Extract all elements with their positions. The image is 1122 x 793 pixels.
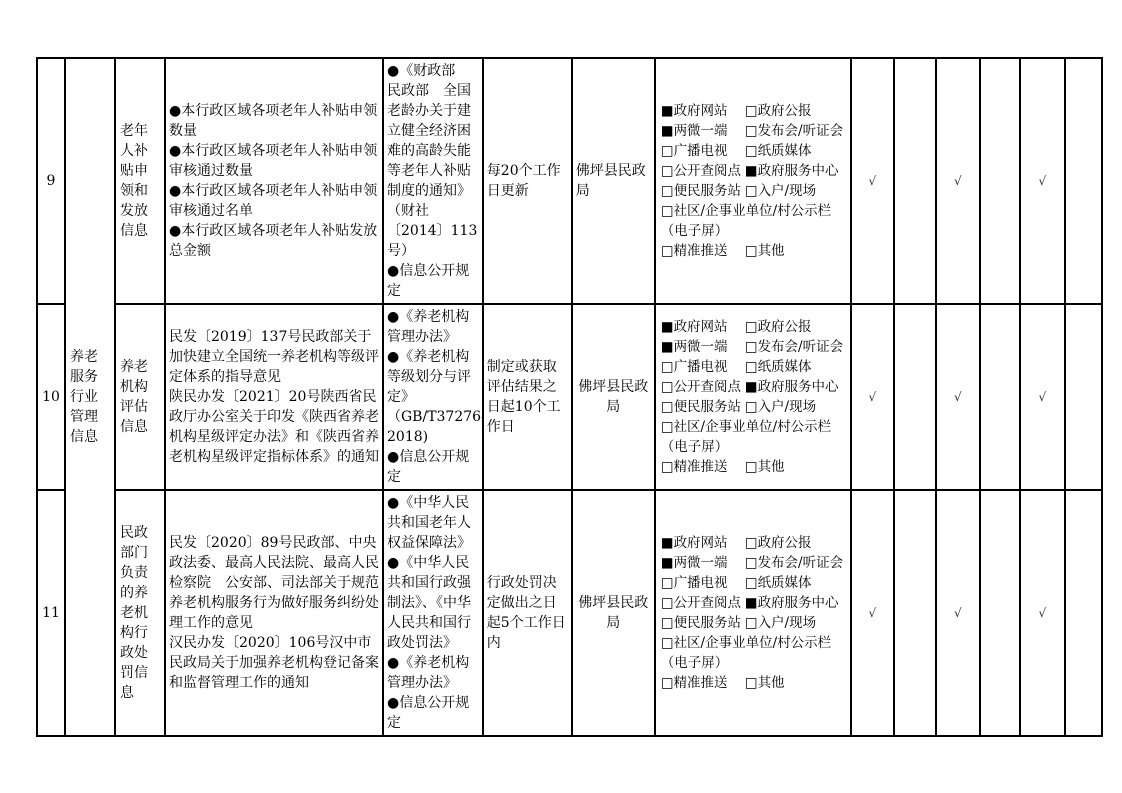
channel-option: ■政府网站 (661, 317, 745, 337)
checkbox-unchecked-icon: □ (745, 183, 758, 199)
content-cell: 民发〔2020〕89号民政部、中央政法委、最高人民法院、最高人民检察院 公安部、… (165, 490, 383, 736)
checkbox-unchecked-icon: □ (745, 243, 758, 259)
frequency-cell: 制定或获取评估结果之日起10个工作日 (483, 304, 572, 490)
channel-line: □广播电视□纸质媒体 (661, 141, 845, 161)
channel-label: 政府网站 (674, 103, 728, 119)
document-page: 9养老服务行业管理信息老年人补贴申领和发放信息●本行政区域各项老年人补贴申领数量… (0, 0, 1122, 793)
channel-label: 便民服务站 (674, 399, 742, 415)
channel-label: 政府网站 (674, 319, 728, 335)
checkbox-checked-icon: ■ (661, 319, 674, 335)
channel-option: □精准推送 (661, 673, 745, 693)
channel-label: 政府服务中心 (758, 379, 839, 395)
channel-line: □便民服务站□入户/现场 (661, 181, 845, 201)
channel-label: 便民服务站 (674, 183, 742, 199)
channel-line: □精准推送□其他 (661, 457, 845, 477)
channel-option: □纸质媒体 (745, 357, 812, 377)
category-cell: 养老服务行业管理信息 (65, 58, 115, 736)
channel-label: 纸质媒体 (758, 575, 812, 591)
check-mark: √ (1038, 174, 1046, 188)
check-mark: √ (954, 390, 962, 404)
channel-label: 其他 (758, 675, 785, 691)
content-cell: ●本行政区域各项老年人补贴申领数量 ●本行政区域各项老年人补贴申领审核通过数量 … (165, 58, 383, 304)
channel-option: □社区/企事业单位/村公示栏（电子屏） (661, 201, 845, 241)
channel-label: 发布会/听证会 (758, 339, 844, 355)
info-name-cell: 养老机构评估信息 (115, 304, 165, 490)
channel-option: □公开查阅点 (661, 377, 745, 397)
channel-label: 精准推送 (674, 243, 728, 259)
channel-label: 发布会/听证会 (758, 123, 844, 139)
check-mark: √ (868, 390, 876, 404)
checkbox-unchecked-icon: □ (661, 143, 674, 159)
channel-label: 入户/现场 (758, 615, 817, 631)
row-number-cell: 10 (37, 304, 65, 490)
checkbox-checked-icon: ■ (661, 339, 674, 355)
channel-option: □精准推送 (661, 457, 745, 477)
channel-label: 广播电视 (674, 575, 728, 591)
row-number-cell: 11 (37, 490, 65, 736)
channel-line: □社区/企事业单位/村公示栏（电子屏） (661, 633, 845, 673)
basis-cell: ●《财政部 民政部 全国老龄办关于建立健全经济困难的高龄失能等老年人补贴制度的通… (383, 58, 483, 304)
channel-line: □精准推送□其他 (661, 673, 845, 693)
channel-option: □纸质媒体 (745, 141, 812, 161)
channel-option: □发布会/听证会 (745, 337, 843, 357)
channel-label: 精准推送 (674, 675, 728, 691)
channel-option: □社区/企事业单位/村公示栏（电子屏） (661, 633, 845, 673)
checkbox-unchecked-icon: □ (661, 615, 674, 631)
checkbox-unchecked-icon: □ (661, 379, 674, 395)
channel-option: □广播电视 (661, 141, 745, 161)
channel-label: 发布会/听证会 (758, 555, 844, 571)
checkbox-checked-icon: ■ (661, 123, 674, 139)
checkbox-checked-icon: ■ (745, 595, 758, 611)
channel-line: □广播电视□纸质媒体 (661, 573, 845, 593)
channel-line: ■两微一端□发布会/听证会 (661, 337, 845, 357)
check-cell: √ (851, 58, 894, 304)
check-cell: √ (1020, 490, 1065, 736)
channel-label: 两微一端 (674, 339, 728, 355)
channel-option: □广播电视 (661, 573, 745, 593)
channel-label: 政府公报 (758, 535, 812, 551)
check-mark: √ (1038, 390, 1046, 404)
check-cell: √ (1020, 304, 1065, 490)
check-cell (1065, 58, 1102, 304)
channel-label: 政府公报 (758, 319, 812, 335)
channels-cell: ■政府网站□政府公报■两微一端□发布会/听证会□广播电视□纸质媒体□公开查阅点■… (655, 304, 851, 490)
checkbox-unchecked-icon: □ (661, 183, 674, 199)
check-cell (980, 58, 1020, 304)
channel-option: □入户/现场 (745, 181, 816, 201)
channel-option: □发布会/听证会 (745, 121, 843, 141)
channel-label: 社区/企事业单位/村公示栏（电子屏） (661, 419, 831, 455)
channel-label: 广播电视 (674, 359, 728, 375)
channel-option: □发布会/听证会 (745, 553, 843, 573)
channel-line: □公开查阅点■政府服务中心 (661, 161, 845, 181)
channel-option: ■两微一端 (661, 121, 745, 141)
content-cell: 民发〔2019〕137号民政部关于加快建立全国统一养老机构等级评定体系的指导意见… (165, 304, 383, 490)
channel-option: □政府公报 (745, 317, 812, 337)
checkbox-checked-icon: ■ (661, 103, 674, 119)
check-cell: √ (851, 490, 894, 736)
channel-label: 精准推送 (674, 459, 728, 475)
channel-label: 两微一端 (674, 123, 728, 139)
check-mark: √ (1038, 606, 1046, 620)
channel-option: □入户/现场 (745, 613, 816, 633)
channel-label: 入户/现场 (758, 183, 817, 199)
channel-line: □广播电视□纸质媒体 (661, 357, 845, 377)
info-name-cell: 老年人补贴申领和发放信息 (115, 58, 165, 304)
channel-option: ■两微一端 (661, 337, 745, 357)
checkbox-unchecked-icon: □ (661, 419, 674, 435)
channel-label: 政府网站 (674, 535, 728, 551)
org-cell: 佛坪县民政局 (572, 304, 655, 490)
channel-label: 社区/企事业单位/村公示栏（电子屏） (661, 203, 831, 239)
check-cell (1065, 304, 1102, 490)
check-mark: √ (954, 174, 962, 188)
channel-line: ■两微一端□发布会/听证会 (661, 121, 845, 141)
check-cell: √ (936, 58, 980, 304)
channel-label: 社区/企事业单位/村公示栏（电子屏） (661, 635, 831, 671)
channel-line: ■政府网站□政府公报 (661, 317, 845, 337)
check-mark: √ (868, 174, 876, 188)
channel-line: ■政府网站□政府公报 (661, 101, 845, 121)
check-cell: √ (936, 304, 980, 490)
checkbox-unchecked-icon: □ (745, 615, 758, 631)
checkbox-unchecked-icon: □ (745, 399, 758, 415)
channel-option: ■政府服务中心 (745, 161, 839, 181)
channel-label: 纸质媒体 (758, 143, 812, 159)
channel-option: □便民服务站 (661, 613, 745, 633)
checkbox-unchecked-icon: □ (745, 319, 758, 335)
checkbox-checked-icon: ■ (745, 379, 758, 395)
channel-option: ■政府网站 (661, 533, 745, 553)
checkbox-checked-icon: ■ (661, 555, 674, 571)
basis-cell: ●《养老机构管理办法》 ●《养老机构等级划分与评定》（GB/T37276-201… (383, 304, 483, 490)
frequency-cell: 行政处罚决定做出之日起5个工作日内 (483, 490, 572, 736)
channel-line: □公开查阅点■政府服务中心 (661, 377, 845, 397)
channel-option: □广播电视 (661, 357, 745, 377)
channel-option: ■政府服务中心 (745, 593, 839, 613)
channel-label: 纸质媒体 (758, 359, 812, 375)
channel-label: 公开查阅点 (674, 163, 742, 179)
checkbox-unchecked-icon: □ (661, 163, 674, 179)
checkbox-unchecked-icon: □ (661, 595, 674, 611)
channel-label: 便民服务站 (674, 615, 742, 631)
channel-label: 政府服务中心 (758, 595, 839, 611)
channel-label: 入户/现场 (758, 399, 817, 415)
channel-label: 广播电视 (674, 143, 728, 159)
checkbox-unchecked-icon: □ (745, 675, 758, 691)
channel-option: ■政府网站 (661, 101, 745, 121)
checkbox-unchecked-icon: □ (661, 243, 674, 259)
channel-label: 公开查阅点 (674, 595, 742, 611)
channel-label: 其他 (758, 243, 785, 259)
channel-label: 公开查阅点 (674, 379, 742, 395)
basis-cell: ●《中华人民共和国老年人权益保障法》 ●《中华人民共和国行政强制法》、《中华人民… (383, 490, 483, 736)
checkbox-unchecked-icon: □ (745, 143, 758, 159)
check-mark: √ (868, 606, 876, 620)
checkbox-unchecked-icon: □ (745, 555, 758, 571)
channel-line: ■两微一端□发布会/听证会 (661, 553, 845, 573)
check-cell (980, 490, 1020, 736)
checkbox-unchecked-icon: □ (745, 459, 758, 475)
disclosure-table: 9养老服务行业管理信息老年人补贴申领和发放信息●本行政区域各项老年人补贴申领数量… (36, 57, 1103, 737)
check-cell (894, 490, 936, 736)
check-mark: √ (954, 606, 962, 620)
channel-label: 政府公报 (758, 103, 812, 119)
channel-option: □纸质媒体 (745, 573, 812, 593)
channel-option: □政府公报 (745, 533, 812, 553)
checkbox-checked-icon: ■ (745, 163, 758, 179)
channel-option: □其他 (745, 241, 785, 261)
channel-option: □便民服务站 (661, 181, 745, 201)
channel-option: □其他 (745, 457, 785, 477)
org-cell: 佛坪县民政局 (572, 58, 655, 304)
checkbox-unchecked-icon: □ (661, 575, 674, 591)
checkbox-unchecked-icon: □ (661, 459, 674, 475)
row-number-cell: 9 (37, 58, 65, 304)
table-row: 9养老服务行业管理信息老年人补贴申领和发放信息●本行政区域各项老年人补贴申领数量… (37, 58, 1102, 304)
channel-label: 政府服务中心 (758, 163, 839, 179)
channel-line: □社区/企事业单位/村公示栏（电子屏） (661, 201, 845, 241)
channel-line: □便民服务站□入户/现场 (661, 613, 845, 633)
channel-option: □便民服务站 (661, 397, 745, 417)
channel-option: □公开查阅点 (661, 161, 745, 181)
channel-line: □便民服务站□入户/现场 (661, 397, 845, 417)
checkbox-checked-icon: ■ (661, 535, 674, 551)
checkbox-unchecked-icon: □ (745, 103, 758, 119)
frequency-cell: 每20个工作日更新 (483, 58, 572, 304)
channel-option: ■政府服务中心 (745, 377, 839, 397)
channel-option: □精准推送 (661, 241, 745, 261)
channel-line: ■政府网站□政府公报 (661, 533, 845, 553)
channel-line: □社区/企事业单位/村公示栏（电子屏） (661, 417, 845, 457)
channels-cell: ■政府网站□政府公报■两微一端□发布会/听证会□广播电视□纸质媒体□公开查阅点■… (655, 58, 851, 304)
check-cell (894, 58, 936, 304)
check-cell: √ (936, 490, 980, 736)
checkbox-unchecked-icon: □ (745, 339, 758, 355)
table-row: 10养老机构评估信息民发〔2019〕137号民政部关于加快建立全国统一养老机构等… (37, 304, 1102, 490)
check-cell: √ (1020, 58, 1065, 304)
org-cell: 佛坪县民政局 (572, 490, 655, 736)
table-row: 11民政部门负责的养老机构行政处罚信息民发〔2020〕89号民政部、中央政法委、… (37, 490, 1102, 736)
checkbox-unchecked-icon: □ (661, 359, 674, 375)
checkbox-unchecked-icon: □ (661, 203, 674, 219)
checkbox-unchecked-icon: □ (661, 675, 674, 691)
channels-cell: ■政府网站□政府公报■两微一端□发布会/听证会□广播电视□纸质媒体□公开查阅点■… (655, 490, 851, 736)
channel-label: 其他 (758, 459, 785, 475)
channel-option: ■两微一端 (661, 553, 745, 573)
check-cell (894, 304, 936, 490)
channel-option: □公开查阅点 (661, 593, 745, 613)
channel-option: □社区/企事业单位/村公示栏（电子屏） (661, 417, 845, 457)
checkbox-unchecked-icon: □ (661, 399, 674, 415)
channel-option: □政府公报 (745, 101, 812, 121)
channel-line: □精准推送□其他 (661, 241, 845, 261)
checkbox-unchecked-icon: □ (745, 123, 758, 139)
info-name-cell: 民政部门负责的养老机构行政处罚信息 (115, 490, 165, 736)
channel-option: □入户/现场 (745, 397, 816, 417)
channel-label: 两微一端 (674, 555, 728, 571)
check-cell (1065, 490, 1102, 736)
check-cell (980, 304, 1020, 490)
checkbox-unchecked-icon: □ (745, 535, 758, 551)
checkbox-unchecked-icon: □ (745, 359, 758, 375)
checkbox-unchecked-icon: □ (661, 635, 674, 651)
channel-line: □公开查阅点■政府服务中心 (661, 593, 845, 613)
checkbox-unchecked-icon: □ (745, 575, 758, 591)
channel-option: □其他 (745, 673, 785, 693)
check-cell: √ (851, 304, 894, 490)
